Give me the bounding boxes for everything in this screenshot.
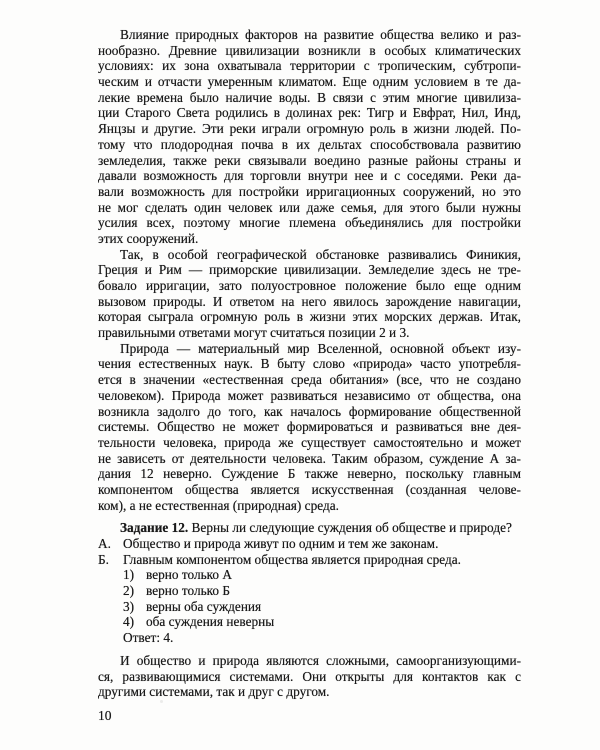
page-number: 10 (98, 708, 112, 724)
text-line: Греция и Рим — приморские цивилизации. З… (98, 262, 521, 278)
text-line: этих сооружений. (98, 231, 521, 247)
option-row: 1)верно только А (98, 567, 521, 583)
paragraph: Влияние природных факторов на развитие о… (98, 27, 521, 247)
text-line: Янцзы и другие. Эти реки играли огромную… (98, 121, 521, 137)
text-line: возникла задолго до того, как началось ф… (98, 404, 521, 420)
statement-text: Главным компонентом общества является пр… (123, 552, 521, 568)
option-text: верны оба суждения (146, 599, 261, 615)
option-text: верно только Б (146, 583, 230, 599)
option-number: 4) (123, 614, 146, 630)
paragraph: Так, в особой географической обстановке … (98, 247, 521, 341)
text-line: другими системами, так и друг с другом. (98, 684, 521, 700)
text-line: бовало ирригации, зато полуостровное пол… (98, 278, 521, 294)
statement-row: А.Общество и природа живут по одним и те… (98, 536, 521, 552)
statement-row: Б.Главным компонентом общества является … (98, 552, 521, 568)
text-line: чения естественных наук. В быту слово «п… (98, 356, 521, 372)
text-line: системы. Общество не может формироваться… (98, 419, 521, 435)
task-block: Задание 12. Верны ли следующие суждения … (98, 520, 521, 646)
text-line: усилия всех, поэтому многие племена объе… (98, 215, 521, 231)
text-line: лекие времена было наличие воды. В связи… (98, 90, 521, 106)
text-line: Природа — материальный мир Вселенной, ос… (98, 341, 521, 357)
text-line: правильными ответами могут считаться поз… (98, 325, 521, 341)
statement-text: Общество и природа живут по одним и тем … (123, 536, 521, 552)
text-line: Так, в особой географической обстановке … (98, 247, 521, 263)
text-line: дания 12 неверно. Суждение Б также невер… (98, 466, 521, 482)
option-text: верно только А (146, 567, 232, 583)
paragraph: Природа — материальный мир Вселенной, ос… (98, 341, 521, 514)
text-line: нообразно. Древние цивилизации возникли … (98, 43, 521, 59)
text-line: вызовом природы. И ответом на него явило… (98, 294, 521, 310)
text-line: ся, развивающимися системами. Они открыт… (98, 669, 521, 685)
option-number: 2) (123, 583, 146, 599)
statement-marker: Б. (98, 552, 123, 568)
option-row: 2)верно только Б (98, 583, 521, 599)
statement-marker: А. (98, 536, 123, 552)
task-title-bold: Задание 12. (120, 520, 188, 535)
option-text: оба суждения неверны (146, 614, 274, 630)
text-line: И общество и природа являются сложными, … (98, 653, 521, 669)
text-line: которая сыграла огромную роль в жизни эт… (98, 309, 521, 325)
option-row: 3)верны оба суждения (98, 599, 521, 615)
text-line: компонентом общества является искусствен… (98, 482, 521, 498)
option-number: 1) (123, 567, 146, 583)
scan-speck (160, 700, 163, 703)
scan-speck (355, 56, 359, 58)
text-line: тельности человека, природа же существуе… (98, 435, 521, 451)
text-line: тому что плодородная почва в их дельтах … (98, 137, 521, 153)
text-line: ком), а не естественная (природная) сред… (98, 498, 521, 514)
text-line: Влияние природных факторов на развитие о… (98, 27, 521, 43)
text-line: ческим и отчасти умеренным климатом. Еще… (98, 74, 521, 90)
text-block: Влияние природных факторов на развитие о… (98, 27, 521, 700)
paragraph: И общество и природа являются сложными, … (98, 653, 521, 700)
text-line: вали возможность для постройки ирригацио… (98, 184, 521, 200)
option-number: 3) (123, 599, 146, 615)
answer-line: Ответ: 4. (98, 630, 521, 646)
text-line: не зависеть от деятельности человека. Та… (98, 451, 521, 467)
text-line: условиях: их зона охватывала территории … (98, 58, 521, 74)
text-line: земледелия, также реки связывали воедино… (98, 153, 521, 169)
text-line: человеком). Природа может развиваться не… (98, 388, 521, 404)
text-line: ется в значении «естественная среда обит… (98, 372, 521, 388)
task-heading: Задание 12. Верны ли следующие суждения … (98, 520, 521, 536)
page: Влияние природных факторов на развитие о… (0, 0, 600, 750)
text-line: давали возможность для торговли внутри н… (98, 168, 521, 184)
text-line: не мог сделать один человек или даже сем… (98, 200, 521, 216)
option-row: 4)оба суждения неверны (98, 614, 521, 630)
text-line: ции Старого Света родились в долинах рек… (98, 105, 521, 121)
